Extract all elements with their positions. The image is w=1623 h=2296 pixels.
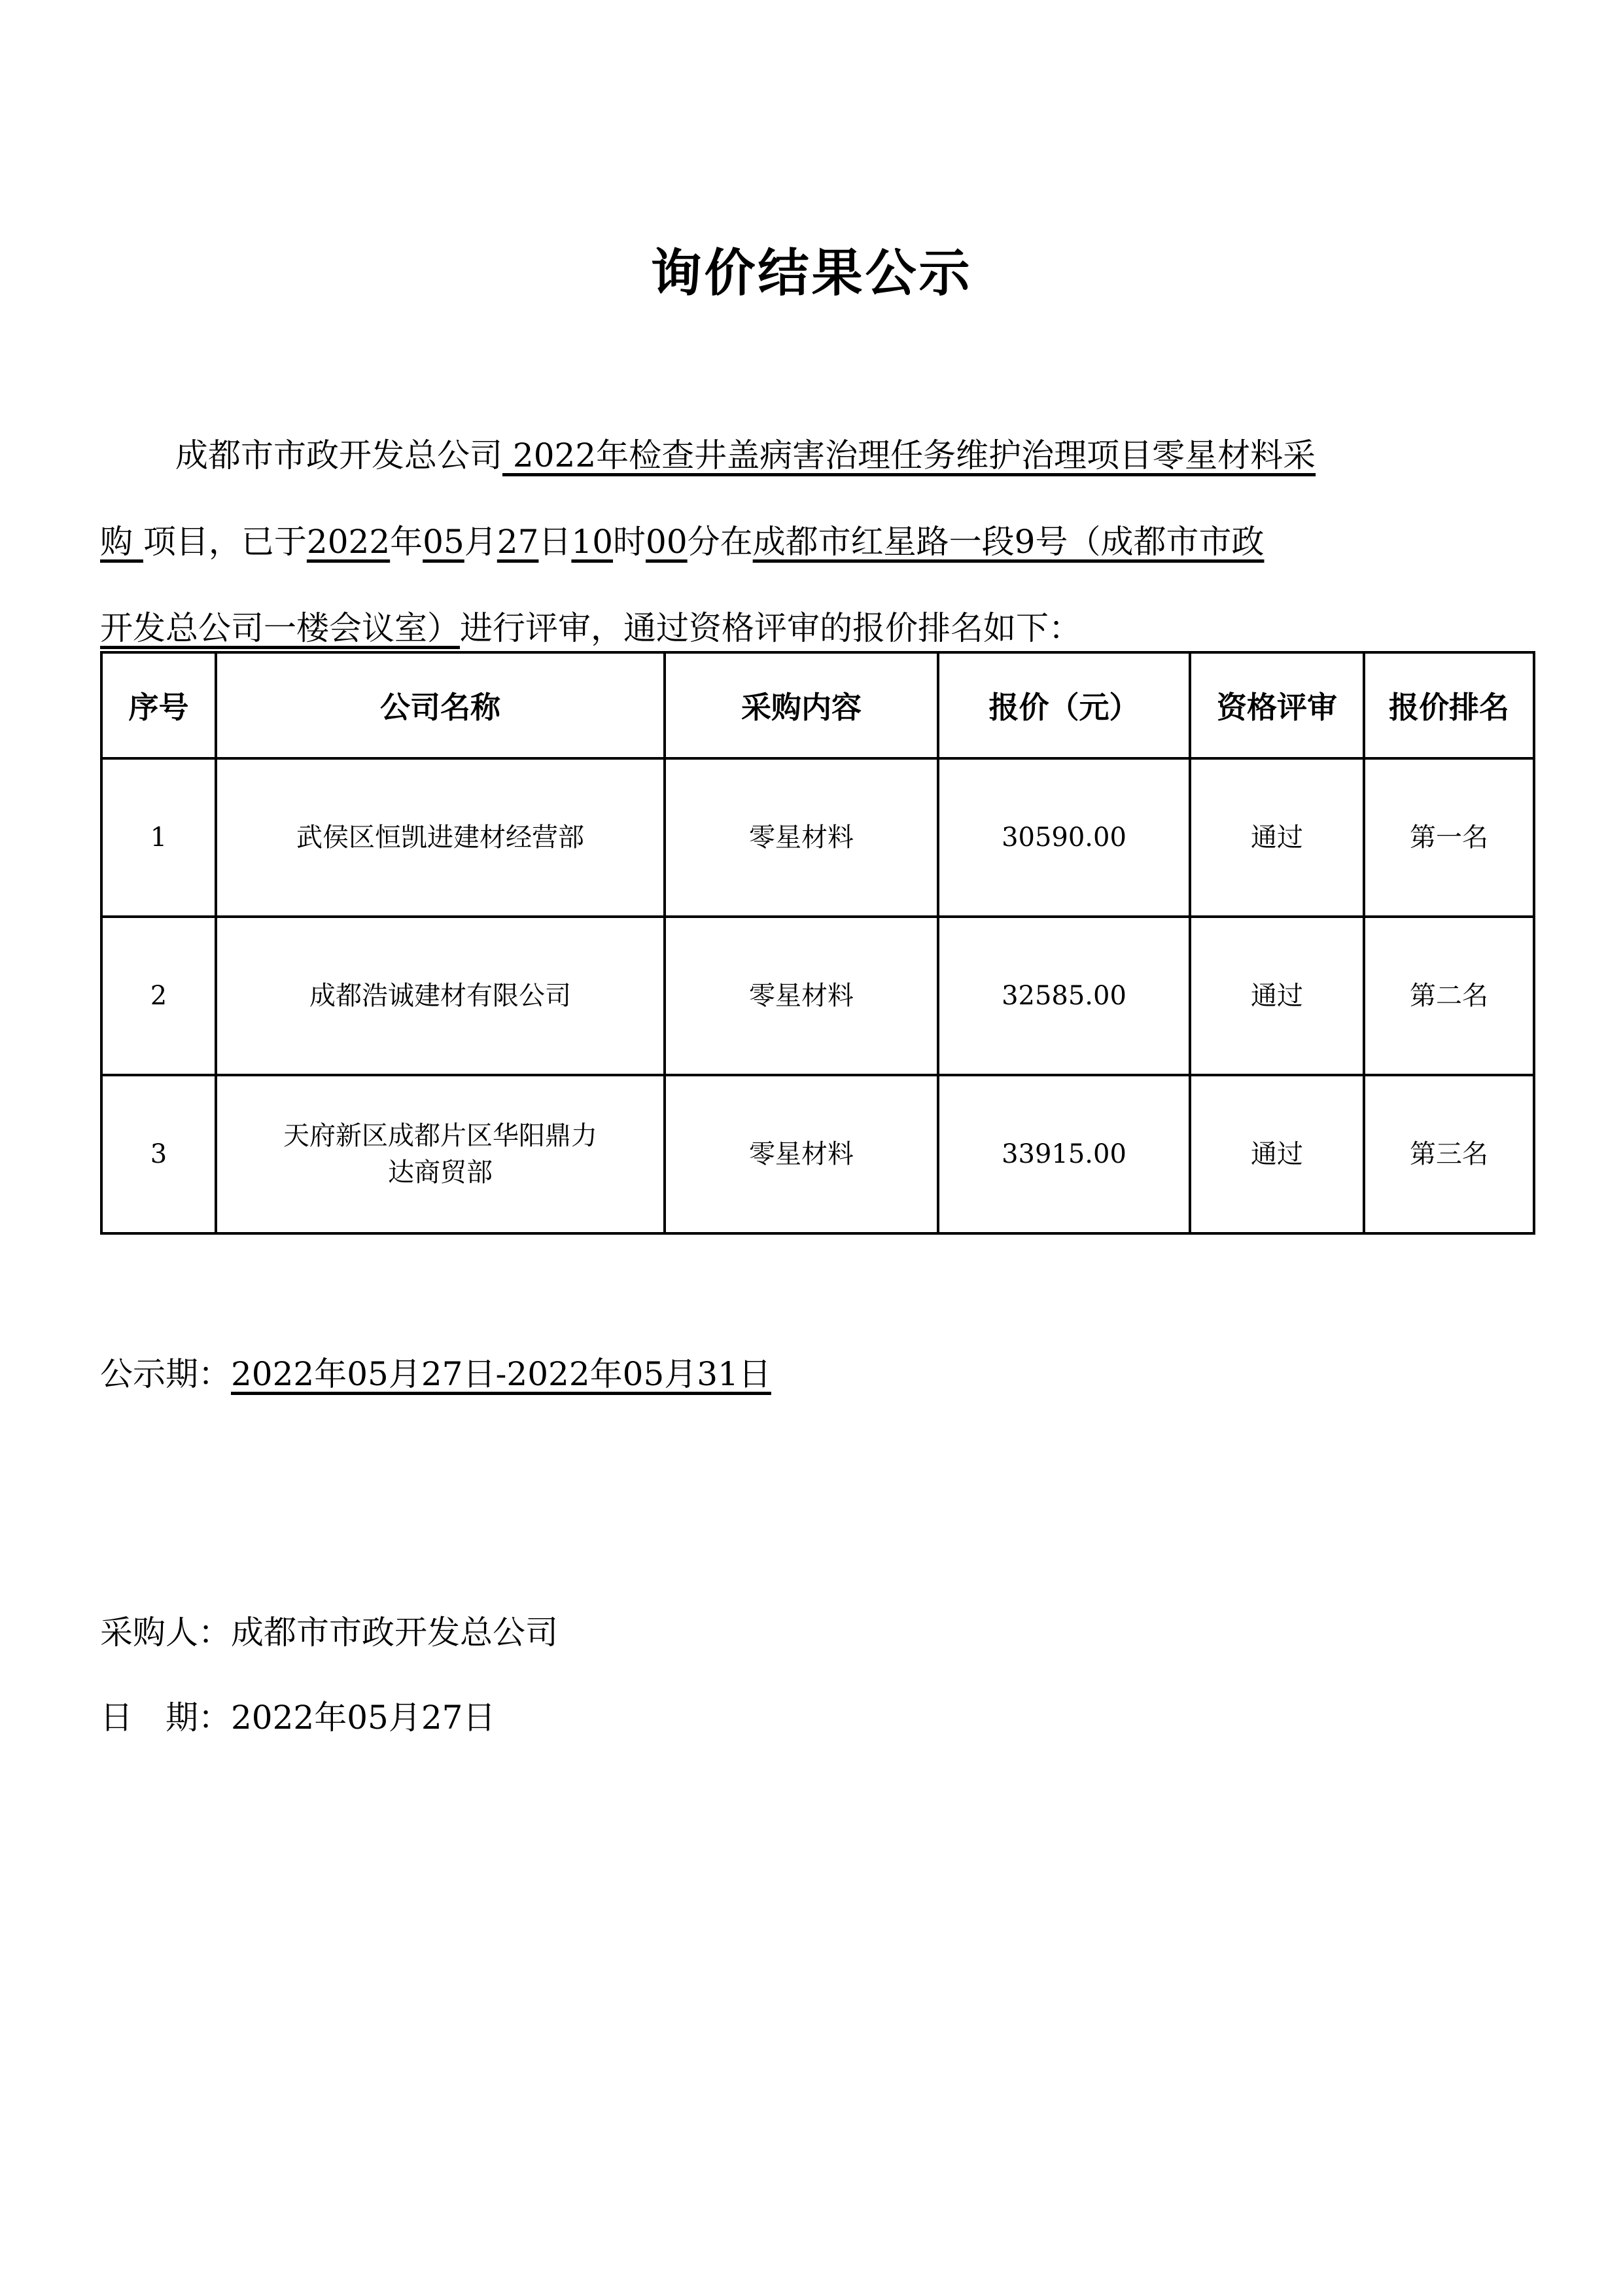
header-content: 采购内容	[665, 652, 938, 758]
text: 年	[390, 523, 423, 561]
cell-review: 通过	[1190, 758, 1364, 917]
publicity-value: 2022年05月27日-2022年05月31日	[231, 1355, 771, 1393]
date-value: 2022年05月27日	[231, 1699, 496, 1737]
cell-rank: 第三名	[1364, 1075, 1534, 1233]
purchaser-label: 采购人：	[100, 1614, 231, 1651]
text: 月	[464, 523, 497, 561]
purchaser: 采购人：成都市市政开发总公司	[100, 1606, 558, 1653]
date-label: 日 期：	[100, 1699, 231, 1737]
cell-rank: 第一名	[1364, 758, 1534, 917]
cell-company: 天府新区成都片区华阳鼎力达商贸部	[216, 1075, 665, 1233]
table-row: 3 天府新区成都片区华阳鼎力达商贸部 零星材料 33915.00 通过 第三名	[101, 1075, 1534, 1233]
intro-line-1: 成都市市政开发总公司 2022年检查井盖病害治理任务维护治理项目零星材料采	[175, 412, 1316, 499]
publicity-period: 公示期：2022年05月27日-2022年05月31日	[100, 1348, 771, 1395]
text: 日	[538, 523, 571, 561]
cell-price: 30590.00	[938, 758, 1190, 917]
review-location-cont: 开发总公司一楼会议室）	[100, 609, 460, 647]
cell-company: 武侯区恒凯进建材经营部	[216, 758, 665, 917]
cell-review: 通过	[1190, 917, 1364, 1075]
project-name: 2022年检查井盖病害治理任务维护治理项目零星材料采	[502, 436, 1316, 474]
signing-date: 日 期：2022年05月27日	[100, 1691, 496, 1739]
cell-price: 33915.00	[938, 1075, 1190, 1233]
table-row: 2 成都浩诚建材有限公司 零星材料 32585.00 通过 第二名	[101, 917, 1534, 1075]
results-table: 序号 公司名称 采购内容 报价（元） 资格评审 报价排名 1 武侯区恒凯进建材经…	[100, 651, 1535, 1235]
header-rank: 报价排名	[1364, 652, 1534, 758]
cell-rank: 第二名	[1364, 917, 1534, 1075]
table-row: 1 武侯区恒凯进建材经营部 零星材料 30590.00 通过 第一名	[101, 758, 1534, 917]
publicity-label: 公示期：	[100, 1355, 231, 1393]
header-no: 序号	[101, 652, 216, 758]
cell-content: 零星材料	[665, 1075, 938, 1233]
cell-price: 32585.00	[938, 917, 1190, 1075]
text: 项目，已于	[143, 523, 307, 561]
intro-suffix: 进行评审，通过资格评审的报价排名如下：	[460, 609, 1081, 647]
cell-review: 通过	[1190, 1075, 1364, 1233]
review-day: 27	[497, 523, 539, 561]
review-hour: 10	[571, 523, 613, 561]
project-name-cont: 购	[100, 523, 143, 561]
cell-content: 零星材料	[665, 758, 938, 917]
header-review: 资格评审	[1190, 652, 1364, 758]
cell-no: 1	[101, 758, 216, 917]
cell-content: 零星材料	[665, 917, 938, 1075]
page-title: 询价结果公示	[0, 232, 1623, 306]
review-month: 05	[423, 523, 464, 561]
header-price: 报价（元）	[938, 652, 1190, 758]
cell-no: 3	[101, 1075, 216, 1233]
intro-line-2: 购 项目，已于2022年05月27日10时00分在成都市红星路一段9号（成都市市…	[100, 499, 1264, 585]
review-location: 成都市红星路一段9号（成都市市政	[753, 523, 1265, 561]
text: 时	[613, 523, 646, 561]
cell-no: 2	[101, 917, 216, 1075]
table-header-row: 序号 公司名称 采购内容 报价（元） 资格评审 报价排名	[101, 652, 1534, 758]
buyer-name: 成都市市政开发总公司	[175, 436, 502, 474]
text: 分在	[688, 523, 753, 561]
cell-company: 成都浩诚建材有限公司	[216, 917, 665, 1075]
review-minute: 00	[646, 523, 688, 561]
header-company: 公司名称	[216, 652, 665, 758]
review-year: 2022	[307, 523, 390, 561]
purchaser-value: 成都市市政开发总公司	[231, 1614, 558, 1651]
